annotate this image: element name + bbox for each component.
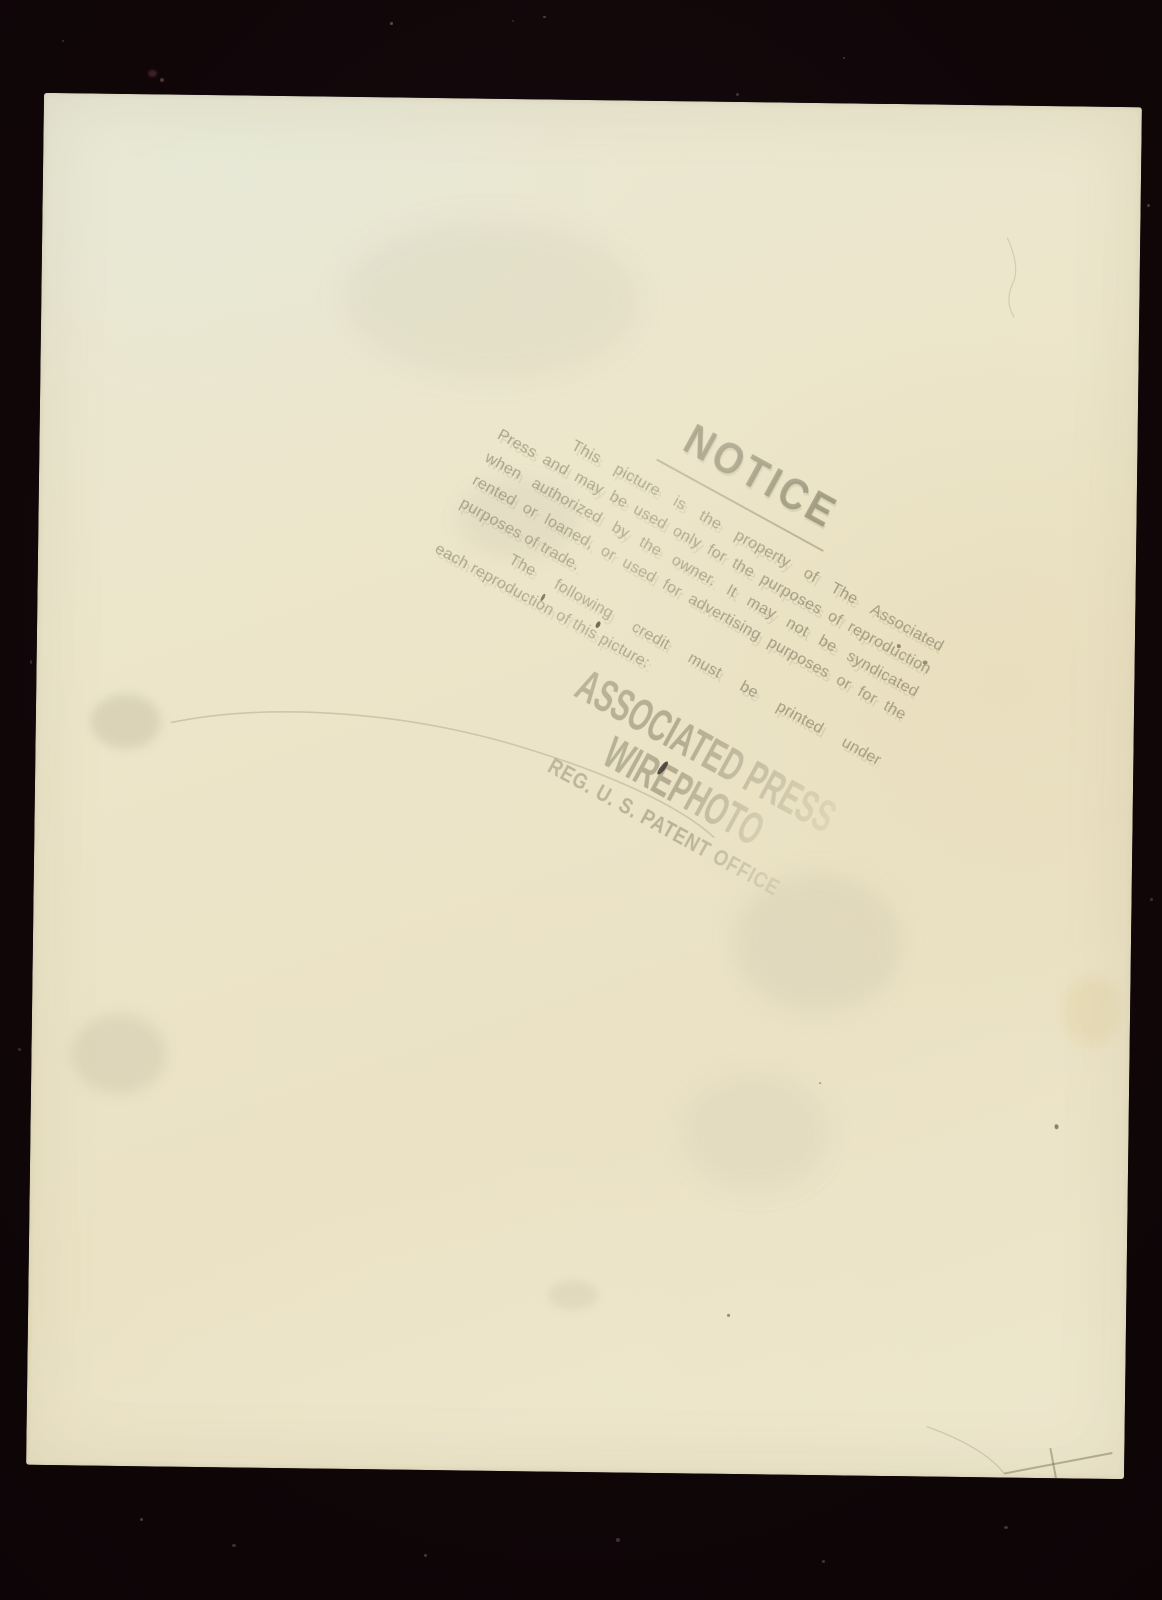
photo-paper: NOTICE This picture is the property of T…: [26, 93, 1142, 1479]
dust-speck: [160, 78, 164, 82]
dust-speck: [62, 40, 64, 42]
dust-speck: [512, 20, 514, 22]
dust-speck: [616, 1538, 620, 1542]
dust-speck: [390, 22, 393, 25]
dust-speck: [1004, 1526, 1008, 1529]
ink-speck: [897, 644, 901, 648]
ink-speck: [727, 1314, 730, 1317]
dust-speck: [232, 1544, 236, 1547]
dust-speck: [843, 57, 845, 59]
dust-speck: [140, 1518, 143, 1521]
dust-speck: [148, 70, 157, 77]
dust-speck: [543, 16, 546, 18]
ink-speck: [1055, 1124, 1059, 1129]
dust-speck: [736, 93, 739, 96]
dust-speck: [822, 1560, 825, 1563]
ink-speck: [819, 1082, 821, 1084]
dust-speck: [18, 1048, 21, 1051]
dust-speck: [30, 660, 32, 664]
dust-speck: [1150, 898, 1153, 901]
dust-speck: [424, 1554, 427, 1557]
ink-speck: [923, 660, 928, 664]
dust-speck: [1147, 204, 1150, 207]
photo-scan: NOTICE This picture is the property of T…: [0, 0, 1162, 1600]
